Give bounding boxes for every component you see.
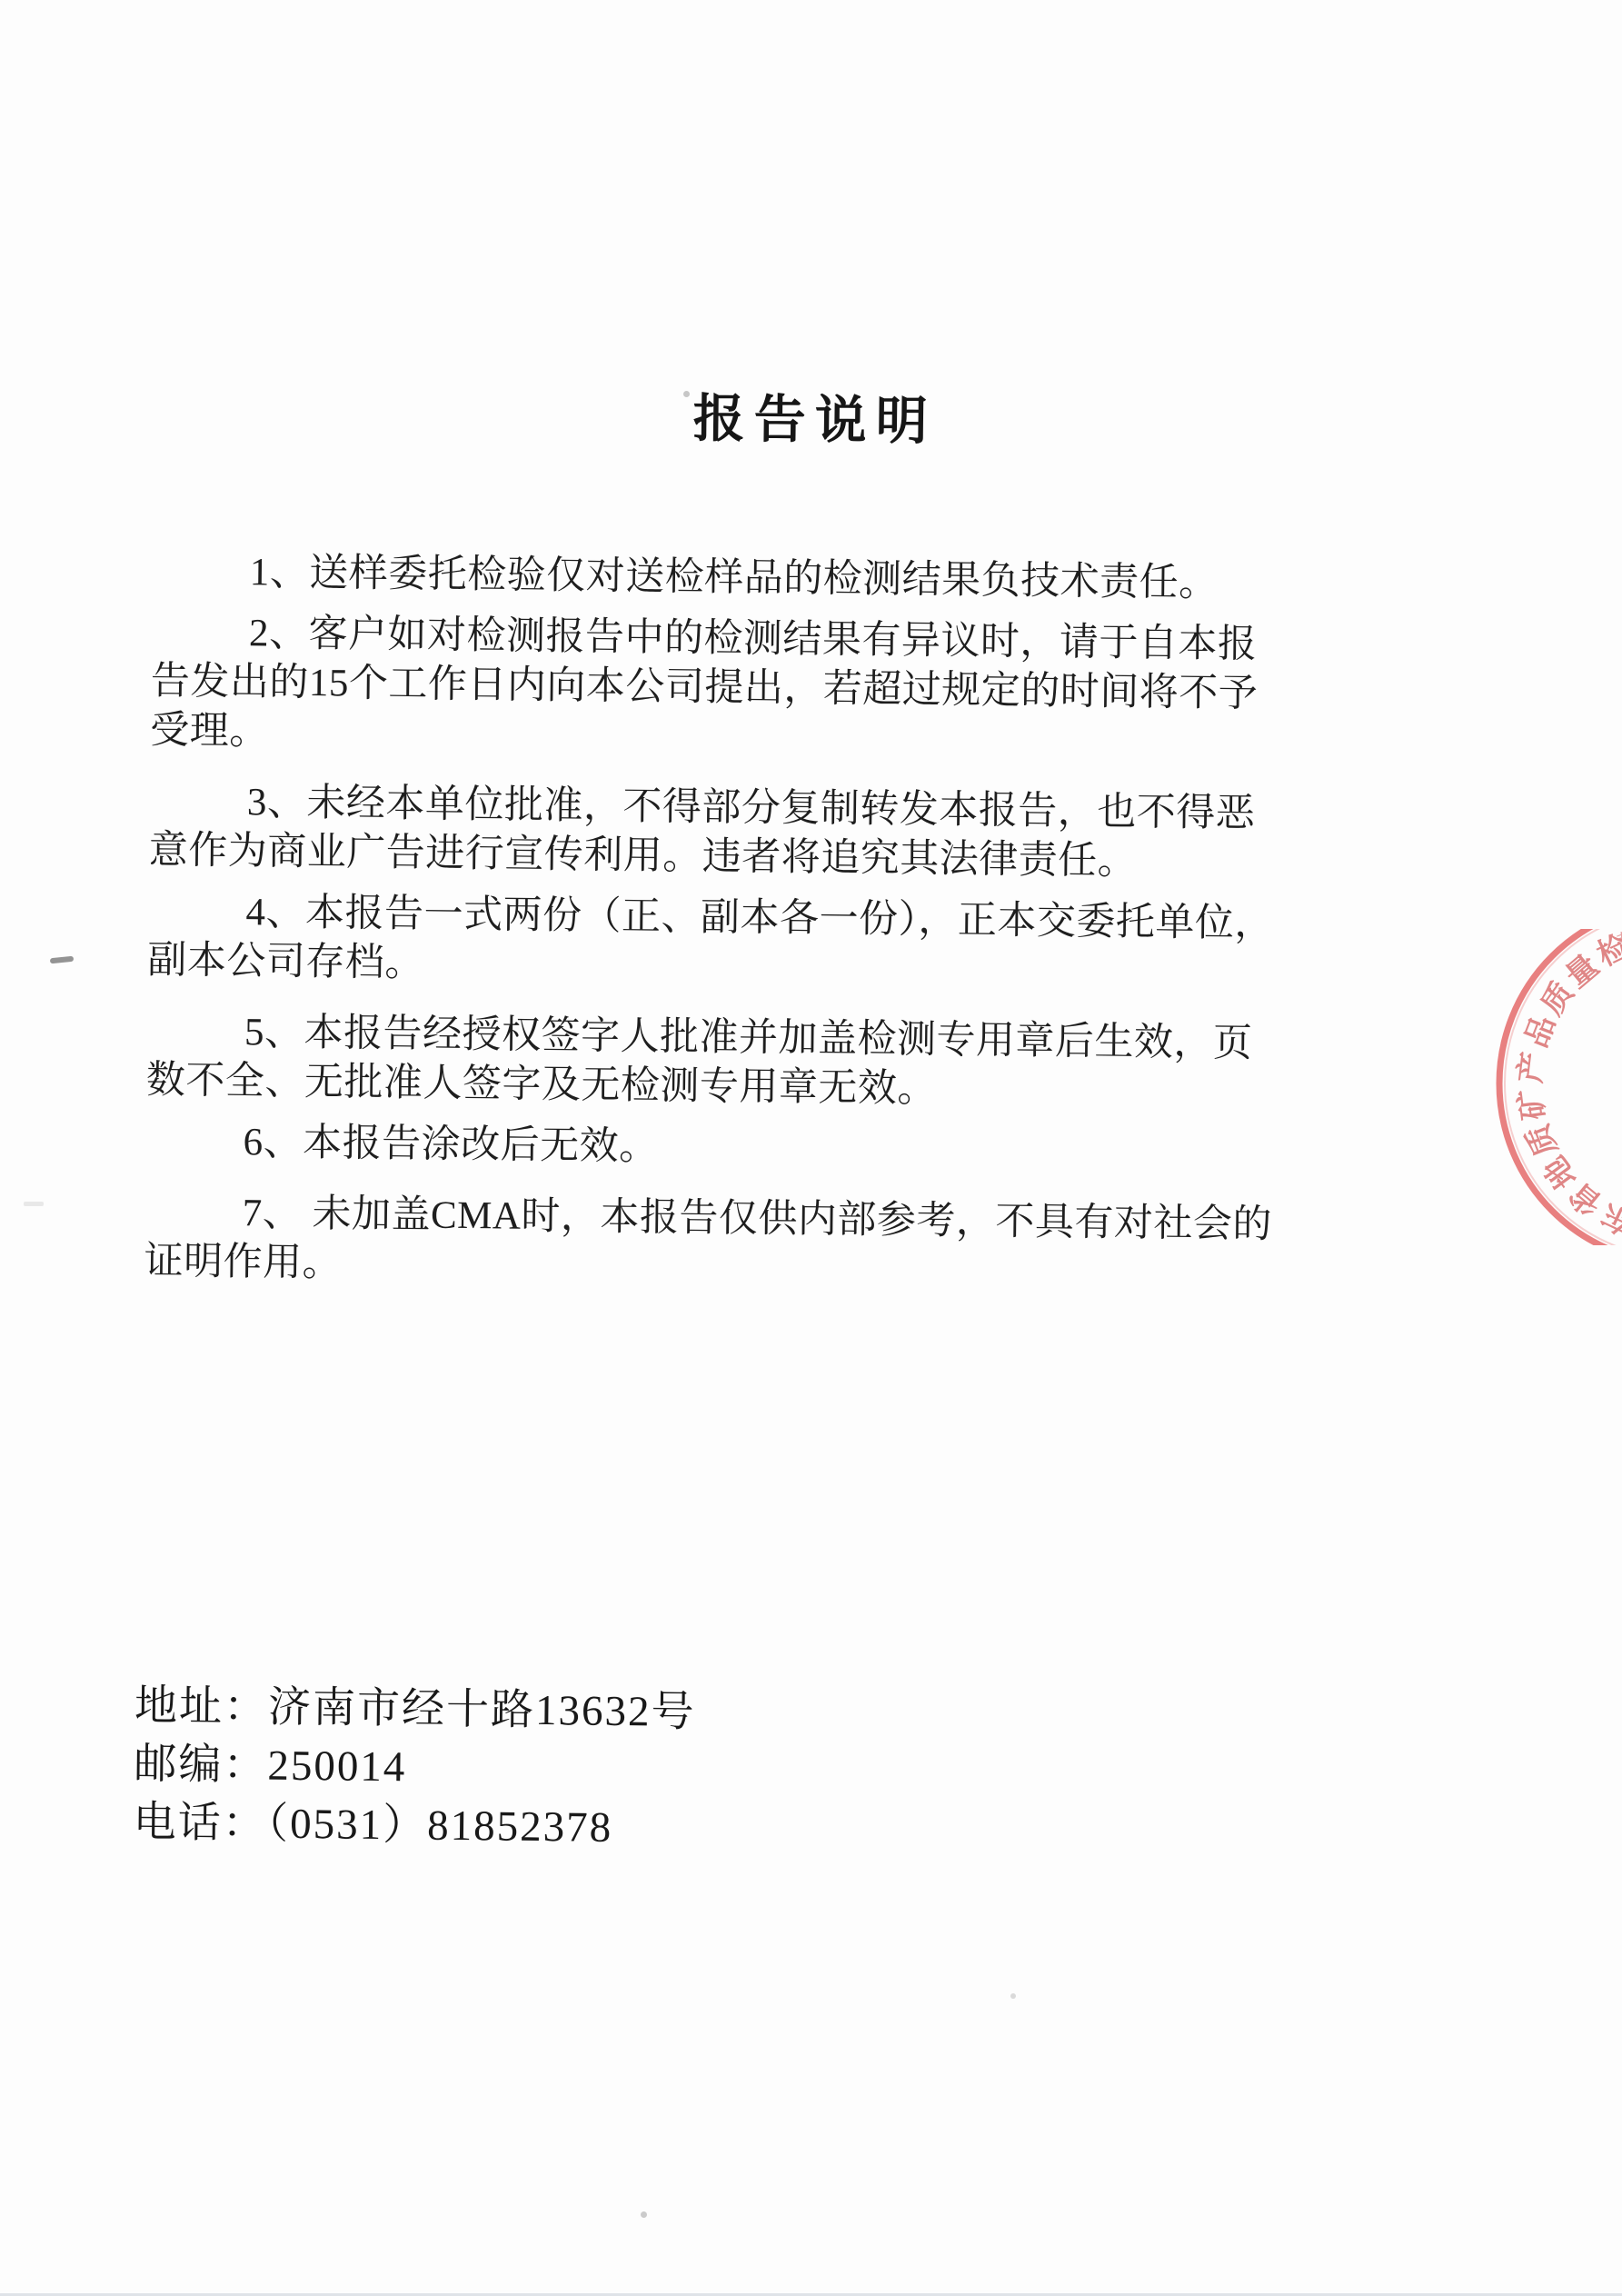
note-item-5: 5、本报告经授权签字人批准并加盖检测专用章后生效，页数不全、无批准人签字及无检测… [146, 1007, 1283, 1118]
scanned-content: 报告说明 1、送样委托检验仅对送检样品的检测结果负技术责任。 2、客户如对检测报… [0, 369, 1622, 1868]
note-item-6: 6、本报告涂改后无效。 [145, 1117, 1282, 1179]
scan-artifact-dot [683, 391, 690, 397]
note-item-2: 2、客户如对检测报告中的检测结果有异议时，请于自本报告发出的15个工作日内向本公… [150, 608, 1288, 768]
report-note-page: 报告说明 1、送样委托检验仅对送检样品的检测结果负技术责任。 2、客户如对检测报… [0, 0, 1622, 2296]
page-title: 报告说明 [4, 369, 1622, 462]
scan-artifact-smudge [24, 1202, 44, 1206]
note-item-3: 3、未经本单位批准，不得部分复制转发本报告，也不得恶意作为商业广告进行宣传利用。… [148, 777, 1285, 888]
scan-artifact-dot [1010, 1993, 1016, 1999]
contact-block: 地址：济南市经十路13632号 邮编：250014 电话：（0531）81852… [133, 1677, 1611, 1868]
note-item-7: 7、 未加盖CMA时，本报告仅供内部参考，不具有对社会的证明作用。 [144, 1188, 1280, 1299]
notes-section: 1、送样委托检验仅对送检样品的检测结果负技术责任。 2、客户如对检测报告中的检测… [144, 547, 1288, 1299]
note-item-1: 1、送样委托检验仅对送检样品的检测结果负技术责任。 [152, 547, 1289, 609]
note-item-4: 4、本报告一式两份（正、副本各一份），正本交委托单位，副本公司存档。 [147, 887, 1284, 998]
scan-artifact-dot [641, 2211, 647, 2218]
